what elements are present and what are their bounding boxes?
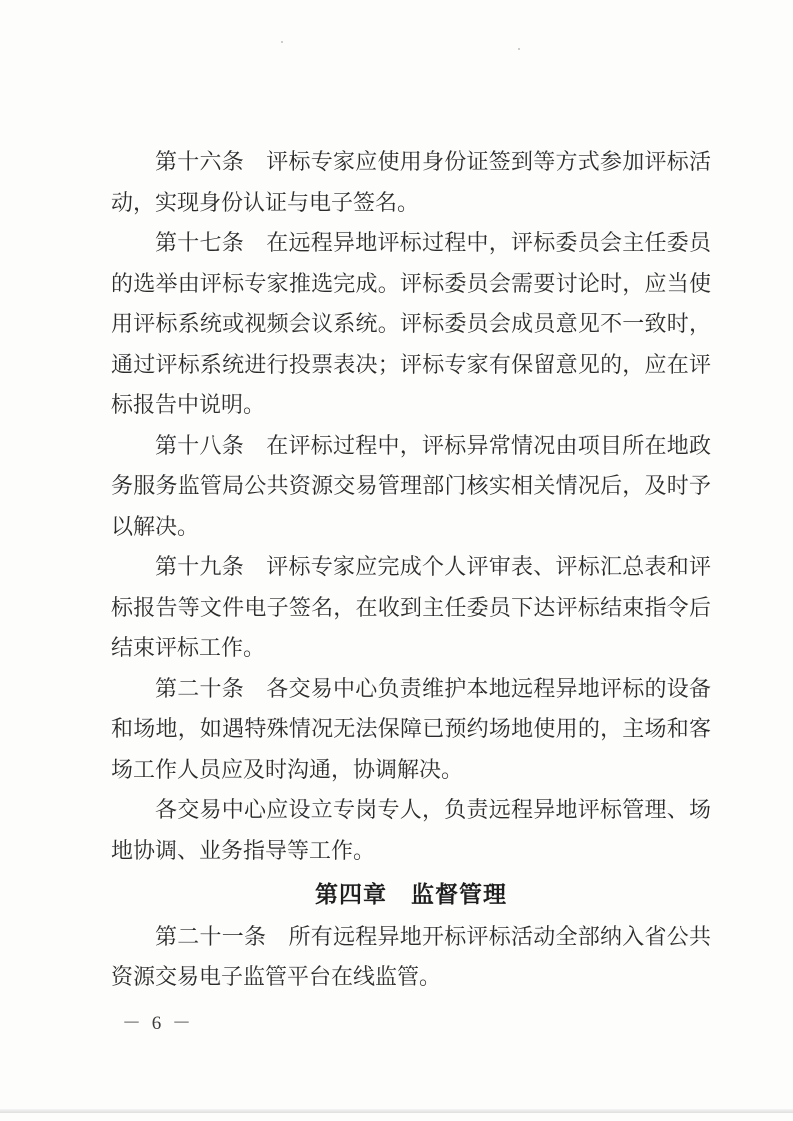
scan-dust-speck — [518, 48, 520, 50]
scan-dust-speck — [281, 41, 283, 43]
paragraph-article-21: 第二十一条 所有远程异地开标评标活动全部纳入省公共资源交易电子监管平台在线监管。 — [111, 917, 711, 998]
paragraph-article-18: 第十八条 在评标过程中，评标异常情况由项目所在地政务服务监管局公共资源交易管理部… — [111, 426, 711, 548]
document-content: 第十六条 评标专家应使用身份证签到等方式参加评标活动，实现身份认证与电子签名。 … — [111, 142, 711, 998]
page-number: － 6 － — [122, 1008, 194, 1035]
paragraph-article-20: 第二十条 各交易中心负责维护本地远程异地评标的设备和场地，如遇特殊情况无法保障已… — [111, 669, 711, 791]
scan-edge-shadow — [0, 1109, 793, 1113]
document-page: 第十六条 评标专家应使用身份证签到等方式参加评标活动，实现身份认证与电子签名。 … — [0, 0, 793, 1121]
paragraph-article-16: 第十六条 评标专家应使用身份证签到等方式参加评标活动，实现身份认证与电子签名。 — [111, 142, 711, 223]
paragraph-article-20-supplement: 各交易中心应设立专岗专人，负责远程异地评标管理、场地协调、业务指导等工作。 — [111, 790, 711, 871]
chapter-heading: 第四章 监督管理 — [111, 874, 711, 915]
paragraph-article-17: 第十七条 在远程异地评标过程中，评标委员会主任委员的选举由评标专家推选完成。评标… — [111, 223, 711, 426]
paragraph-article-19: 第十九条 评标专家应完成个人评审表、评标汇总表和评标报告等文件电子签名，在收到主… — [111, 547, 711, 669]
